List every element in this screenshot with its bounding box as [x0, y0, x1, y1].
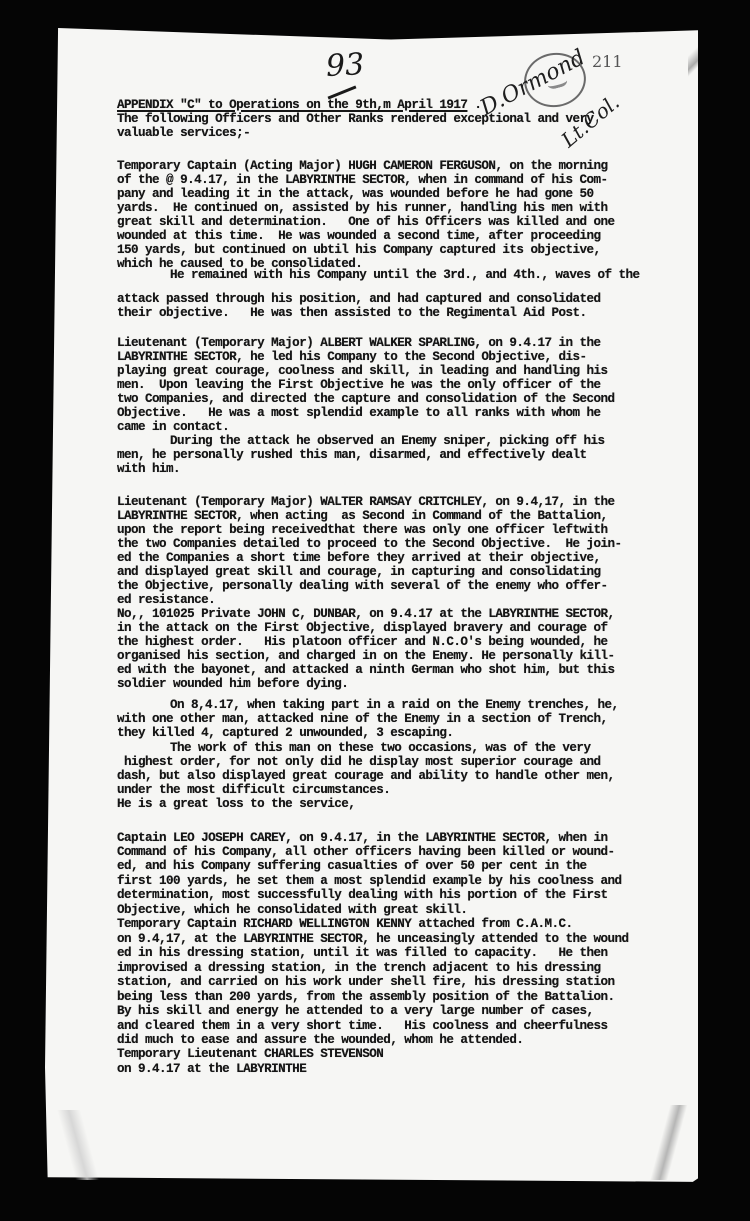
doc-line: of the @ 9.4.17, in the LABYRINTHE SECTO… — [117, 173, 608, 187]
doc-line: Lieutenant (Temporary Major) ALBERT WALK… — [117, 336, 601, 350]
doc-line: and cleared them in a very short time. H… — [117, 1019, 608, 1033]
doc-line: the Objective, personally dealing with s… — [117, 579, 608, 593]
doc-line: men, he personally rushed this man, disa… — [117, 448, 587, 462]
doc-line: with one other man, attacked nine of the… — [117, 712, 608, 726]
title-trailing: . — [467, 98, 481, 112]
doc-line: Objective. He was a most splendid exampl… — [117, 406, 601, 420]
title-text: APPENDIX "C" to Operations on the 9th,m … — [117, 98, 467, 112]
doc-line: Objective, which he consolidated with gr… — [117, 903, 467, 917]
doc-line: wounded at this time. He was wounded a s… — [117, 229, 601, 243]
doc-line: under the most difficult circumstances. — [117, 783, 390, 797]
doc-line: No,, 101025 Private JOHN C, DUNBAR, on 9… — [117, 607, 615, 621]
doc-line: in the attack on the First Objective, di… — [117, 621, 608, 635]
doc-line: Temporary Captain (Acting Major) HUGH CA… — [117, 159, 608, 173]
doc-line: Temporary Lieutenant CHARLES STEVENSON — [117, 1047, 383, 1061]
doc-line: their objective. He was then assisted to… — [117, 306, 587, 320]
doc-line: being less than 200 yards, from the asse… — [117, 990, 615, 1004]
doc-line: they killed 4, captured 2 unwounded, 3 e… — [117, 726, 453, 740]
doc-line: organised his section, and charged in on… — [117, 649, 615, 663]
doc-line: valuable services;- — [117, 126, 250, 140]
doc-line: Captain LEO JOSEPH CAREY, on 9.4.17, in … — [117, 831, 608, 845]
doc-line: determination, most successfully dealing… — [117, 888, 608, 902]
doc-line: pany and leading it in the attack, was w… — [117, 187, 594, 201]
page-fold-shadow-left — [52, 1110, 112, 1180]
doc-line: yards. He continued on, assisted by his … — [117, 201, 608, 215]
doc-line: dash, but also displayed great courage a… — [117, 769, 615, 783]
doc-line: did much to ease and assure the wounded,… — [117, 1033, 523, 1047]
doc-line: ed, and his Company suffering casualties… — [117, 859, 587, 873]
folio-number: 211 — [592, 52, 623, 71]
doc-line: The work of this man on these two occasi… — [170, 741, 590, 755]
doc-line: and displayed great skill and courage, i… — [117, 565, 601, 579]
doc-line: the highest order. His platoon officer a… — [117, 635, 608, 649]
doc-line: the two Companies detailed to proceed to… — [117, 537, 622, 551]
doc-line: improvised a dressing station, in the tr… — [117, 961, 601, 975]
doc-line: with him. — [117, 462, 180, 476]
doc-line: soldier wounded him before dying. — [117, 677, 348, 691]
handwritten-page-number: 93 — [325, 47, 365, 84]
doc-line: attack passed through his position, and … — [117, 292, 601, 306]
doc-line: By his skill and energy he attended to a… — [117, 1004, 594, 1018]
doc-line: Temporary Captain RICHARD WELLINGTON KEN… — [117, 917, 573, 931]
doc-line: highest order, for not only did he displ… — [117, 755, 601, 769]
doc-line: great skill and determination. One of hi… — [117, 215, 615, 229]
doc-line: On 8,4.17, when taking part in a raid on… — [170, 698, 618, 712]
doc-line: station, and carried on his work under s… — [117, 975, 615, 989]
doc-line: ed resistance. — [117, 593, 215, 607]
doc-line: first 100 yards, he set them a most sple… — [117, 874, 622, 888]
doc-line: ed with the bayonet, and attacked a nint… — [117, 663, 615, 677]
doc-line: Command of his Company, all other office… — [117, 845, 615, 859]
page-fold-shadow-right — [630, 1105, 690, 1180]
doc-line: During the attack he observed an Enemy s… — [170, 434, 604, 448]
doc-line: The following Officers and Other Ranks r… — [117, 112, 594, 126]
doc-line: playing great courage, coolness and skil… — [117, 364, 608, 378]
doc-line: two Companies, and directed the capture … — [117, 392, 615, 406]
document-title: APPENDIX "C" to Operations on the 9th,m … — [117, 98, 481, 112]
doc-line: LABYRINTHE SECTOR, he led his Company to… — [117, 350, 587, 364]
doc-line: LABYRINTHE SECTOR, when acting as Second… — [117, 509, 608, 523]
doc-line: upon the report being receivedthat there… — [117, 523, 608, 537]
doc-line: on 9.4.17 at the LABYRINTHE — [117, 1062, 306, 1076]
doc-line: He is a great loss to the service, — [117, 797, 355, 811]
doc-line: 150 yards, but continued on ubtil his Co… — [117, 243, 601, 257]
doc-line: men. Upon leaving the First Objective he… — [117, 378, 601, 392]
doc-line: Lieutenant (Temporary Major) WALTER RAMS… — [117, 495, 615, 509]
doc-line: came in contact. — [117, 420, 229, 434]
doc-line: ed the Companies a short time before the… — [117, 551, 601, 565]
doc-line: He remained with his Company until the 3… — [170, 268, 640, 282]
doc-line: ed in his dressing station, until it was… — [117, 946, 608, 960]
doc-line: on 9.4,17, at the LABYRINTHE SECTOR, he … — [117, 932, 629, 946]
